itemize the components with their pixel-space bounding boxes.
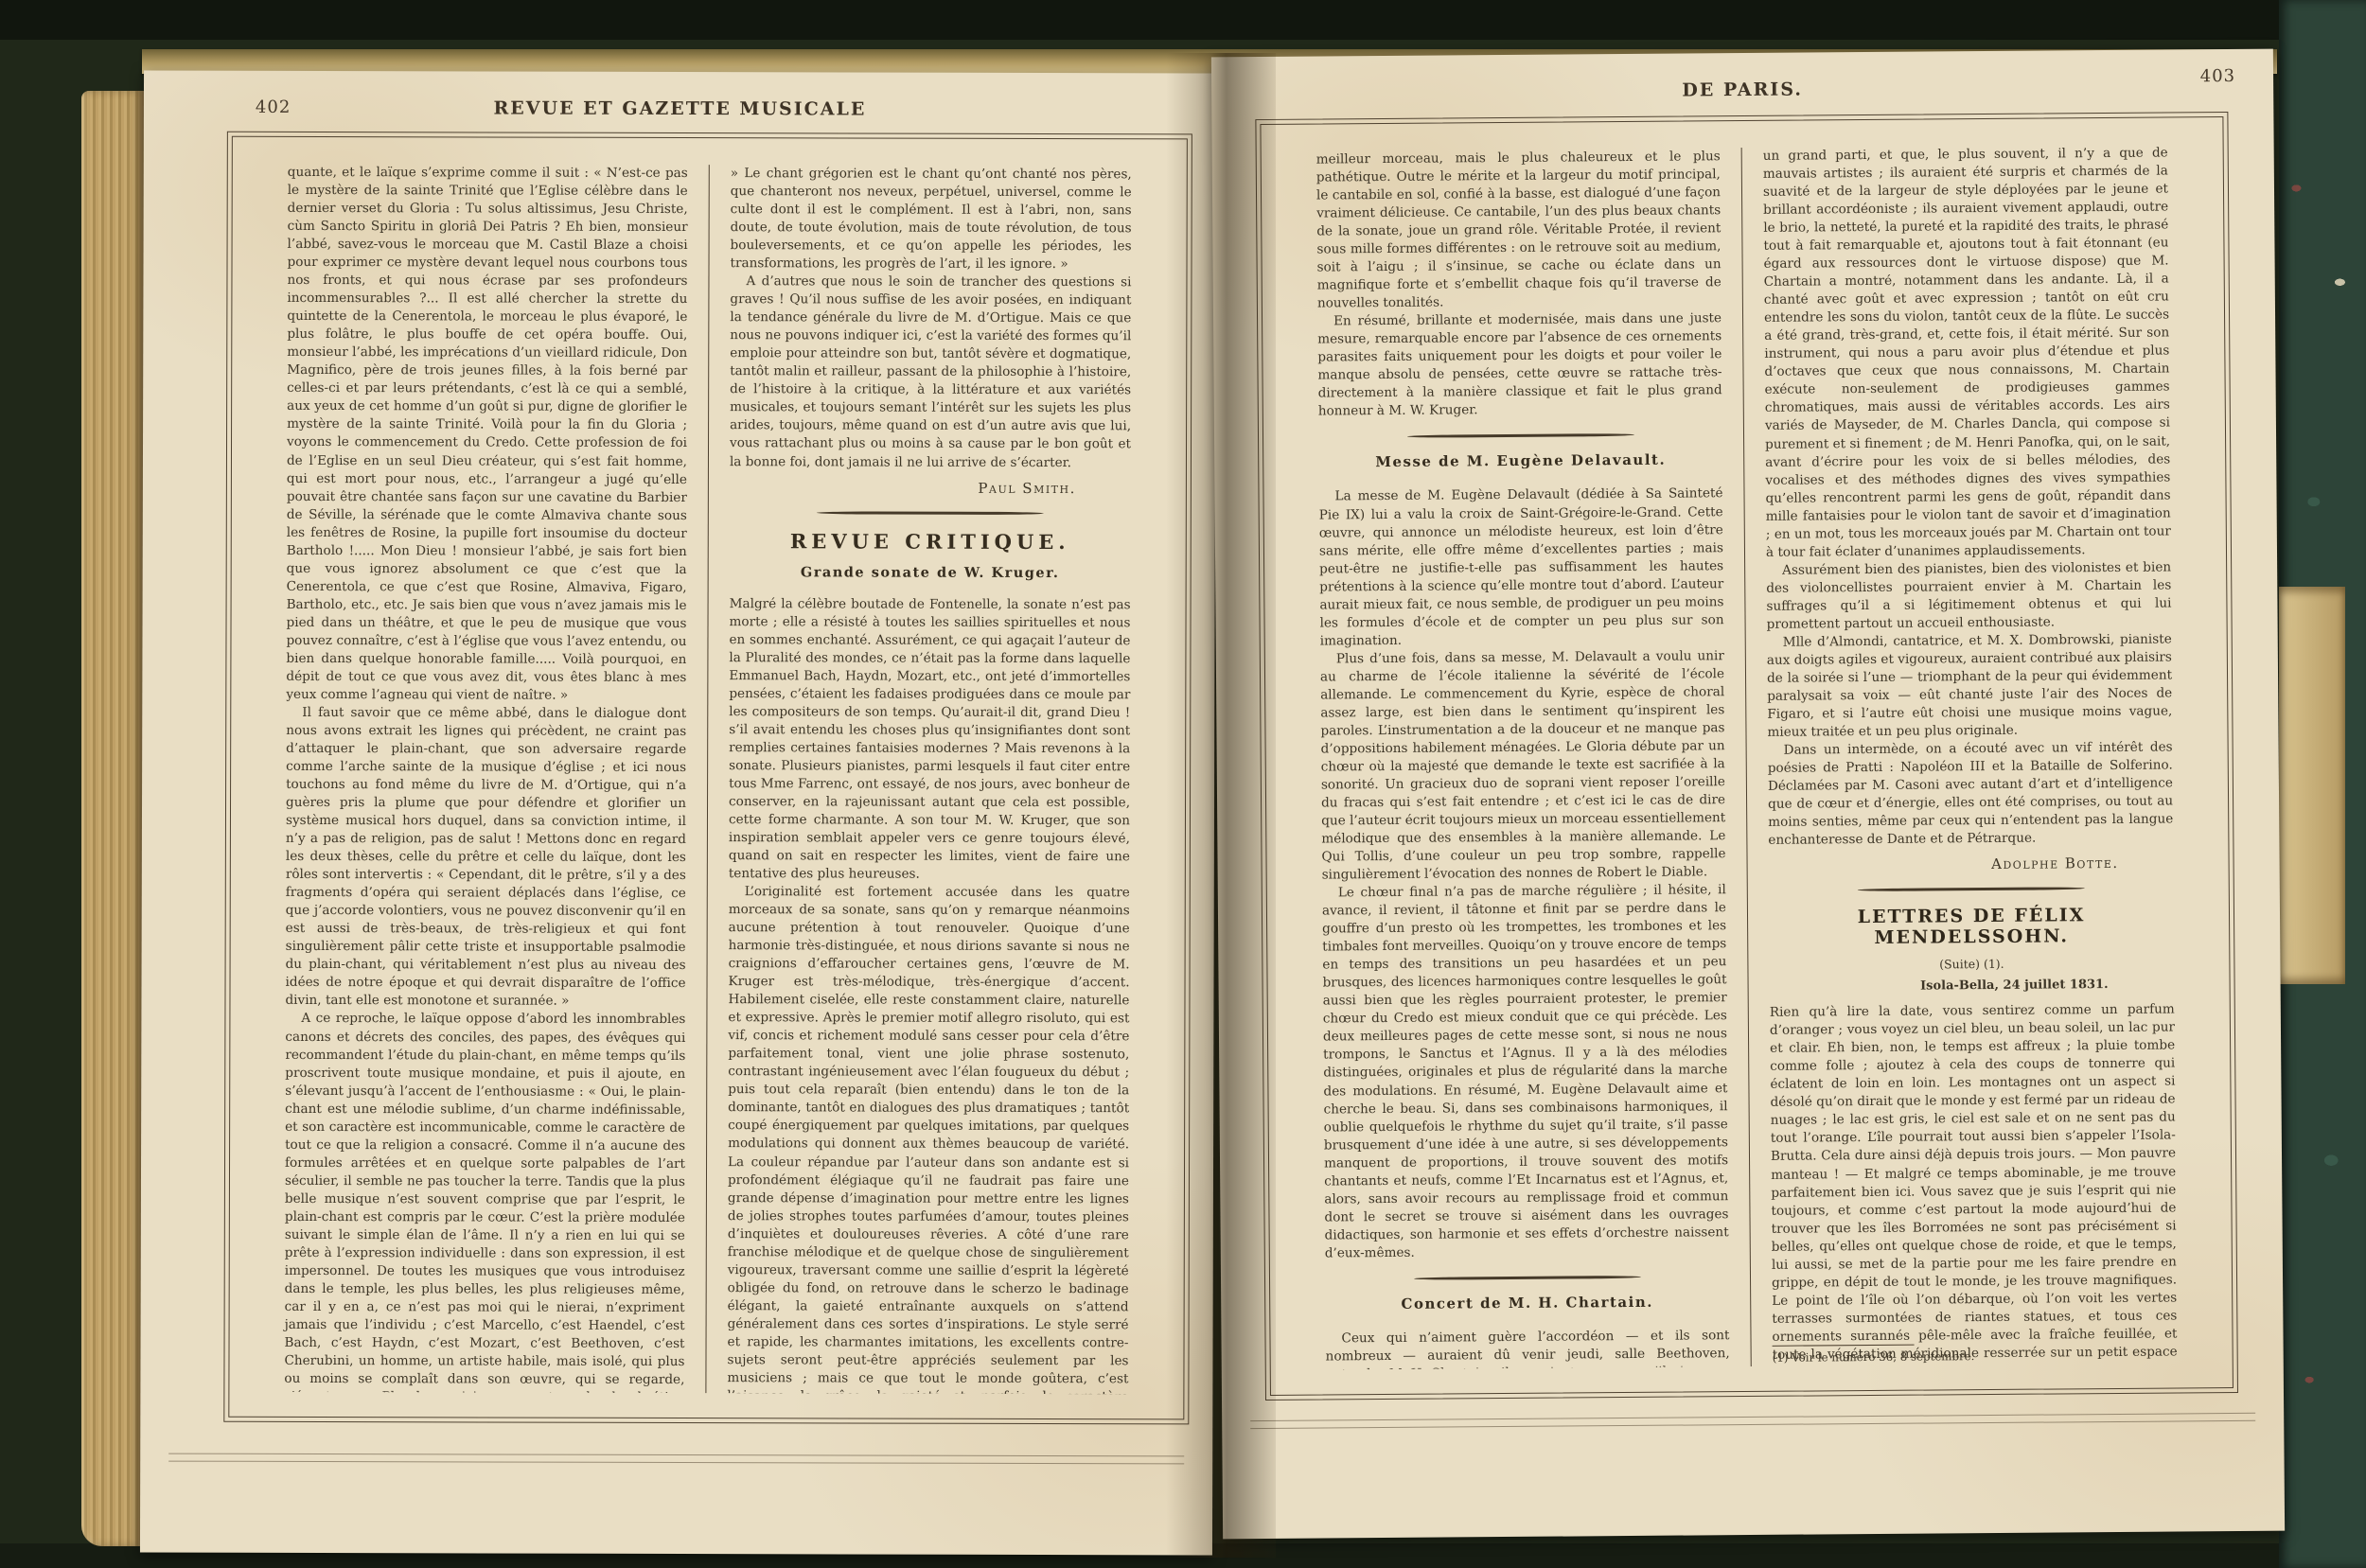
section-divider	[1769, 887, 2174, 892]
footnote: (1) Voir le numéro 36, 8 septembre.	[1773, 1343, 2161, 1365]
paragraph: A ce reproche, le laïque oppose d’abord …	[284, 1010, 685, 1393]
right-page: DE PARIS. 403 meilleur morceau, mais le …	[1211, 49, 2285, 1540]
paragraph: » Le chant grégorien est le chant qu’ont…	[730, 165, 1131, 273]
paragraph: Ceux qui n’aiment guère l’accordéon — et…	[1325, 1327, 1730, 1370]
paragraph: A d’autres que nous le soin de trancher …	[730, 273, 1132, 471]
paragraph: Plus d’une fois, dans sa messe, M. Delav…	[1320, 647, 1726, 885]
paragraph: La messe de M. Eugène Delavault (dédiée …	[1318, 485, 1723, 651]
section-divider	[1318, 433, 1722, 439]
article-title: LETTRES DE FÉLIX MENDELSSOHN.	[1769, 905, 2174, 949]
article-subtitle: (Suite) (1).	[1769, 956, 2174, 973]
page-edge-lines	[1250, 1413, 2255, 1429]
paragraph: Il faut savoir que ce même abbé, dans le…	[285, 704, 686, 1012]
page-edge-lines	[168, 1453, 1184, 1465]
right-page-column-1: meilleur morceau, mais le plus chaleureu…	[1296, 148, 1752, 1370]
left-running-title: REVUE ET GAZETTE MUSICALE	[144, 97, 1216, 121]
section-divider	[1325, 1275, 1729, 1280]
paragraph: un grand parti, et que, le plus souvent,…	[1763, 144, 2171, 561]
paragraph: meilleur morceau, mais le plus chaleureu…	[1316, 148, 1722, 313]
article-title: Messe de M. Eugène Delavault.	[1318, 451, 1722, 471]
paragraph: Rien qu’à lire la date, vous sentirez co…	[1770, 1001, 2178, 1366]
left-page: 402 REVUE ET GAZETTE MUSICALE quante, et…	[140, 71, 1216, 1556]
right-running-title: DE PARIS.	[1211, 76, 2273, 105]
left-page-column-1: quante, et le laïque s’exprime comme il …	[263, 164, 709, 1393]
left-page-column-2: » Le chant grégorien est le chant qu’ont…	[706, 165, 1152, 1394]
left-page-frame-inner: quante, et le laïque s’exprime comme il …	[228, 136, 1188, 1420]
right-page-column-2: un grand parti, et que, le plus souvent,…	[1742, 144, 2198, 1366]
author-signature: Paul Smith.	[730, 479, 1076, 497]
section-divider	[730, 511, 1131, 515]
paragraph: En résumé, brillante et modernisée, mais…	[1317, 309, 1722, 421]
right-page-header: DE PARIS. 403	[1211, 74, 2273, 115]
section-title: REVUE CRITIQUE.	[730, 529, 1131, 554]
paragraph: Mlle d’Almondi, cantatrice, et M. X. Dom…	[1767, 630, 2173, 742]
letter-dateline: Isola-Bella, 24 juillet 1831.	[1770, 978, 2109, 995]
paragraph: Le chœur final n’a pas de marche réguliè…	[1322, 881, 1729, 1262]
right-page-frame: meilleur morceau, mais le plus chaleureu…	[1255, 112, 2238, 1401]
article-title: Grande sonate de W. Kruger.	[730, 564, 1131, 581]
paragraph: L’originalité est fortement accusée dans…	[727, 883, 1129, 1394]
paragraph: Assurément bien des pianistes, bien des …	[1766, 558, 2172, 633]
background-shadow-top	[0, 0, 2366, 40]
article-title: Concert de M. H. Chartain.	[1325, 1293, 1729, 1313]
left-page-frame: quante, et le laïque s’exprime comme il …	[223, 132, 1192, 1425]
paragraph: quante, et le laïque s’exprime comme il …	[286, 164, 687, 705]
left-page-header: 402 REVUE ET GAZETTE MUSICALE	[144, 96, 1216, 131]
author-signature: Adolphe Botte.	[1769, 854, 2119, 874]
page-edges-right	[2279, 587, 2345, 984]
paragraph: Malgré la célèbre boutade de Fontenelle,…	[729, 595, 1131, 885]
book-fore-edge-left	[81, 91, 144, 1546]
right-page-frame-inner: meilleur morceau, mais le plus chaleureu…	[1260, 116, 2234, 1396]
paragraph: Dans un intermède, on a écouté avec un v…	[1768, 739, 2174, 851]
right-page-number: 403	[2200, 66, 2236, 86]
